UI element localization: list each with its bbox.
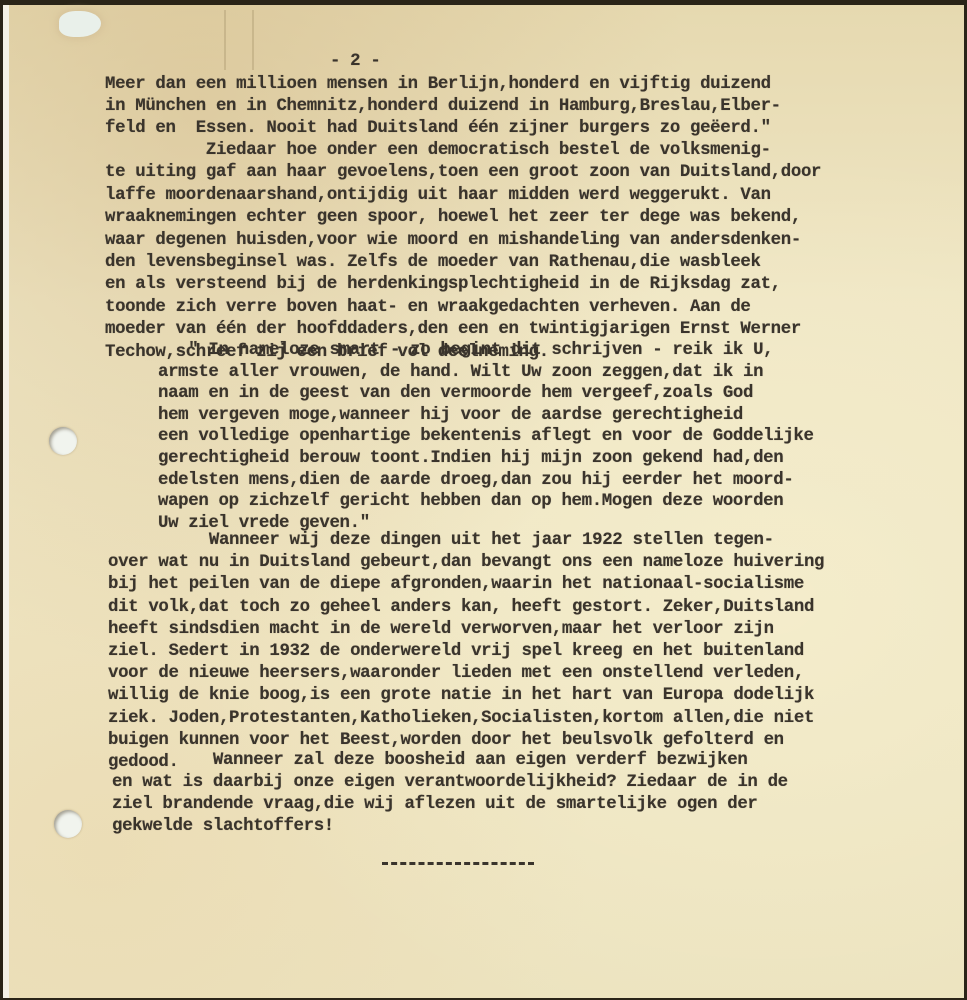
comparison-paragraph-line: willig de knie boog,is een grote natie i… [108,685,814,707]
rathenau-paragraph-line: te uiting gaf aan haar gevoelens,toen ee… [105,162,821,184]
rathenau-paragraph-line: moeder van één der hoofddaders,den een e… [105,319,801,341]
letter-quote-line: hem vergeven moge,wanneer hij voor de aa… [158,405,743,427]
rathenau-paragraph-line: den levensbeginsel was. Zelfs de moeder … [105,252,761,274]
closing-paragraph-line: ziel brandende vraag,die wij aflezen uit… [112,794,758,816]
opening-paragraph-line: in München en in Chemnitz,honderd duizen… [105,96,781,118]
letter-quote-line: " In nameloze smart - zo begint dit schr… [158,340,773,362]
page-number: - 2 - [330,51,380,73]
opening-paragraph-line: Meer dan een millioen mensen in Berlijn,… [105,74,771,96]
rathenau-paragraph-line: laffe moordenaarshand,ontijdig uit haar … [105,185,771,207]
letter-quote-line: naam en in de geest van den vermoorde he… [158,383,753,405]
rathenau-paragraph-line: toonde zich verre boven haat- en wraakge… [105,297,751,319]
comparison-paragraph-line: Wanneer wij deze dingen uit het jaar 192… [108,530,774,552]
rathenau-paragraph-line: Ziedaar hoe onder een democratisch beste… [105,140,771,162]
comparison-paragraph-line: bij het peilen van de diepe afgronden,wa… [108,574,804,596]
punch-hole-lower [54,810,82,838]
letter-quote-line: edelsten mens,dien de aarde droeg,dan zo… [158,470,793,492]
rathenau-paragraph-line: en als versteend bij de herdenkingsplech… [105,274,781,296]
torn-corner [59,11,101,37]
comparison-paragraph-line: buigen kunnen voor het Beest,worden door… [108,730,784,752]
paper-crease [224,10,226,70]
comparison-paragraph-line: ziel. Sedert in 1932 de onderwereld vrij… [108,641,804,663]
closing-paragraph-line: en wat is daarbij onze eigen verantwoord… [112,772,788,794]
comparison-paragraph-line: voor de nieuwe heersers,waaronder lieden… [108,663,804,685]
closing-paragraph-line: Wanneer zal deze boosheid aan eigen verd… [112,750,747,772]
letter-quote-line: wapen op zichzelf gericht hebben dan op … [158,491,783,513]
comparison-paragraph-line: ziek. Joden,Protestanten,Katholieken,Soc… [108,708,814,730]
opening-paragraph-line: feld en Essen. Nooit had Duitsland één z… [105,118,771,140]
rathenau-paragraph-line: waar degenen huisden,voor wie moord en m… [105,230,801,252]
comparison-paragraph-line: dit volk,dat toch zo geheel anders kan, … [108,597,814,619]
closing-rule [382,862,534,865]
closing-paragraph-line: gekwelde slachtoffers! [112,816,334,838]
paper-crease [252,10,254,70]
letter-quote-line: armste aller vrouwen, de hand. Wilt Uw z… [158,362,763,384]
rathenau-paragraph-line: wraaknemingen echter geen spoor, hoewel … [105,207,801,229]
comparison-paragraph-line: over wat nu in Duitsland gebeurt,dan bev… [108,552,824,574]
comparison-paragraph-line: heeft sindsdien macht in de wereld verwo… [108,619,774,641]
letter-quote-line: een volledige openhartige bekentenis afl… [158,426,814,448]
punch-hole-upper [49,427,77,455]
letter-quote-line: gerechtigheid berouw toont.Indien hij mi… [158,448,783,470]
